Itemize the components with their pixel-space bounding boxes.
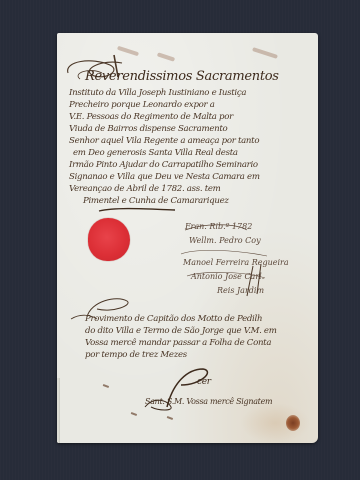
- ink-speck: [167, 416, 173, 419]
- closing-prefix: cer: [197, 377, 211, 387]
- endorsement-line: Vossa mercê mandar passar a Folha de Con…: [85, 338, 271, 348]
- header-line: Reverendissimos Sacramentos: [85, 69, 279, 84]
- red-wax-seal: [88, 218, 130, 261]
- underline-flourish-icon: [97, 205, 177, 215]
- manuscript-page: Reverendissimos Sacramentos Instituto da…: [57, 33, 318, 443]
- text-line: em Deo generosis Santa Villa Real desta: [73, 148, 238, 158]
- text-line: Instituto da Villa Joseph Iustiniano e I…: [69, 88, 246, 98]
- ink-speck: [103, 384, 109, 387]
- signature: Manoel Ferreira Regueira: [183, 258, 289, 267]
- endorsement-line: do dito Villa e Termo de São Jorge que V…: [85, 326, 277, 336]
- endorsement-line: Provimento de Capitão dos Motto de Pedil…: [85, 314, 262, 324]
- text-line: Senhor aquel Vila Regente a ameaça por t…: [69, 136, 259, 146]
- signature: Wellm. Pedro Coy: [189, 236, 261, 245]
- signature: Antonio Jose Carl.: [191, 272, 264, 281]
- closing-line: Sant. S.M. Vossa mercê Signatem: [145, 397, 272, 406]
- signature: Fran. Rib.º 1782: [185, 222, 252, 231]
- text-line: Viuda de Bairros dispense Sacramento: [69, 124, 227, 134]
- text-line: V.E. Pessoas do Regimento de Malta por: [69, 112, 233, 122]
- signature-block: Fran. Rib.º 1782 Wellm. Pedro Coy Manoel…: [177, 220, 287, 300]
- ink-stain: [286, 415, 300, 431]
- endorsement-line: por tempo de trez Mezes: [85, 350, 187, 360]
- ink-bleed-mark: [252, 47, 278, 59]
- signature: Reis Jardim: [217, 286, 264, 295]
- text-line: Signanao e Villa que Deu ve Nesta Camara…: [69, 172, 260, 182]
- text-line: Irmão Pinto Ajudar do Carrapatilho Semin…: [69, 160, 258, 170]
- text-line: Vereançao de Abril de 1782. ass. tem: [69, 184, 221, 194]
- folded-page-edge: [57, 378, 60, 443]
- text-line: Precheiro porque Leonardo expor a: [69, 100, 215, 110]
